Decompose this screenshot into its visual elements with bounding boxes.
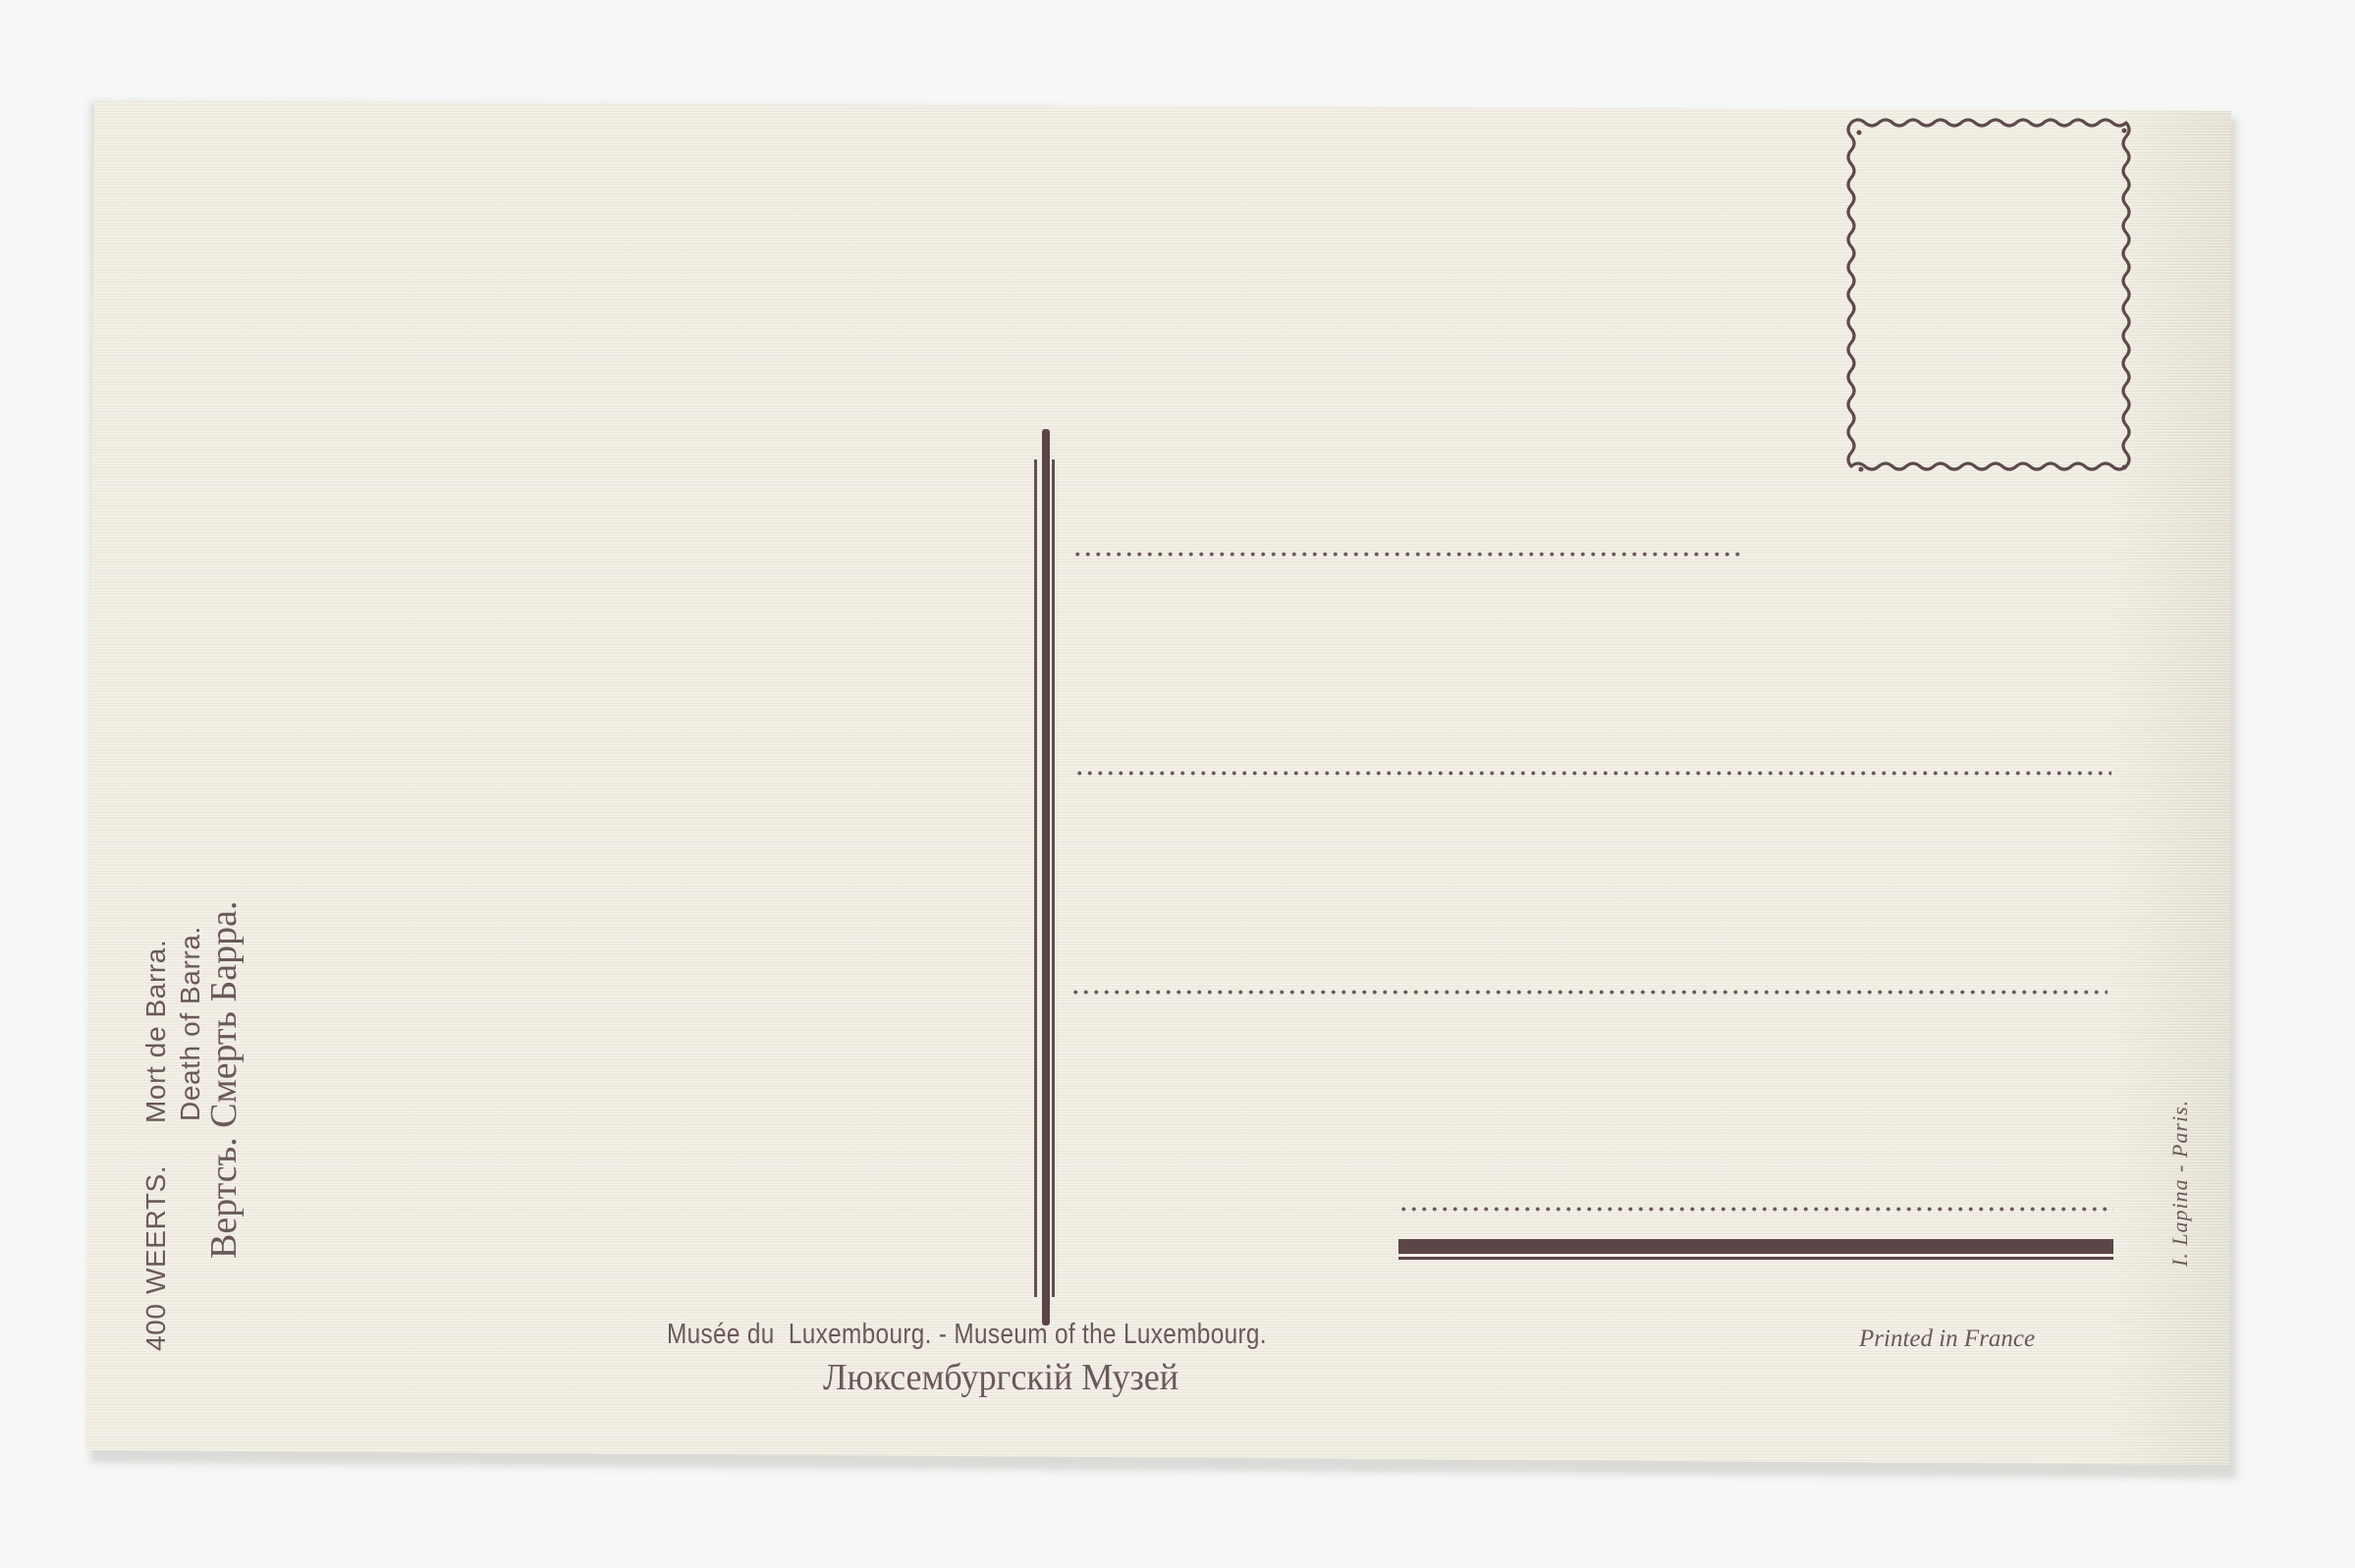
side-caption-number: 400	[140, 1303, 172, 1351]
address-line-1	[1072, 552, 1744, 557]
address-line-2	[1074, 771, 2111, 776]
divider-thin-left	[1034, 460, 1037, 1297]
postcard-back: 400 WEERTS. Mort de Barra. Death of Barr…	[0, 0, 2355, 1568]
stamp-placeholder-icon	[1839, 111, 2144, 484]
side-caption-title-ru: Вертсъ. Смерть Барра.	[202, 900, 246, 1259]
side-caption-artist: WEERTS.	[140, 1165, 172, 1294]
address-line-3	[1070, 990, 2108, 995]
printed-in-france: Printed in France	[1859, 1325, 2035, 1353]
museum-caption-cyrillic: Люксембургскій Музей	[823, 1356, 1178, 1399]
museum-caption-latin: Musée du Luxembourg. - Museum of the Lux…	[667, 1319, 1267, 1351]
divider-line	[1042, 429, 1050, 1325]
address-rule-thin	[1398, 1257, 2113, 1260]
divider-thin-right	[1052, 460, 1055, 1297]
side-caption-title-fr: Mort de Barra.	[140, 940, 172, 1123]
address-line-4	[1398, 1207, 2113, 1212]
address-rule-thick	[1398, 1239, 2113, 1254]
publisher-imprint: I. Lapina - Paris.	[2167, 1100, 2193, 1267]
